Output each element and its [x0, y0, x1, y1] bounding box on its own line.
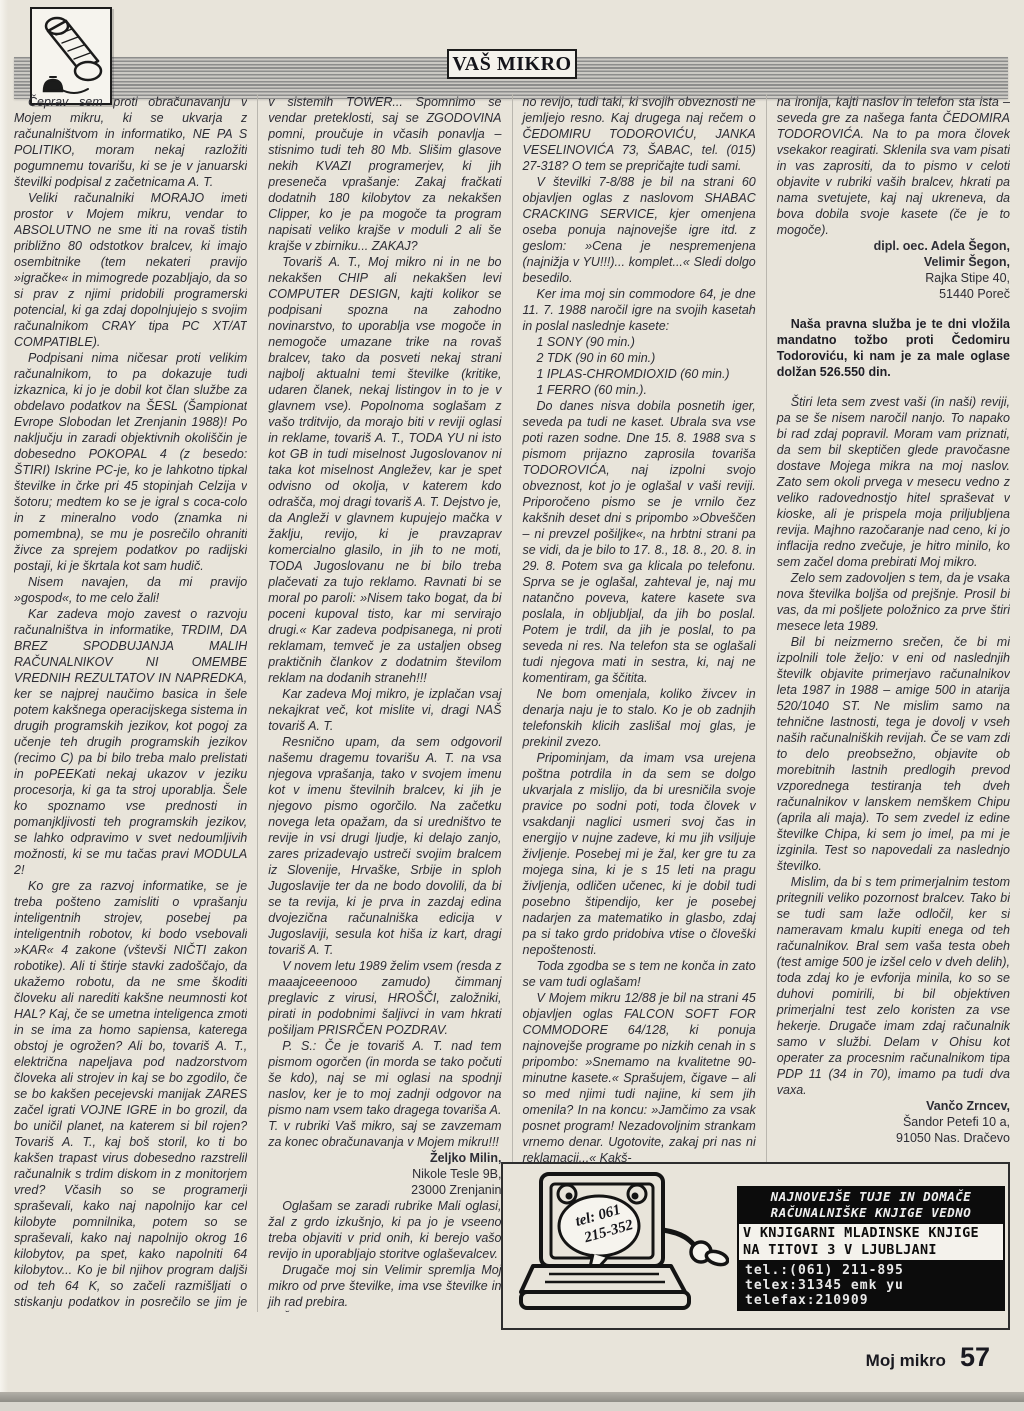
section-title: VAŠ MIKRO — [452, 53, 571, 76]
paragraph: Veliki računalniki MORAJO imeti prostor … — [14, 190, 247, 350]
paragraph: 1 IPLAS-CHROMDIOXID (60 min.) — [523, 366, 756, 382]
paragraph: Kar zadeva Moj mikro, je izplačan vsaj n… — [268, 686, 501, 734]
paragraph: Tovariš A. T., Moj mikro ni in ne bo nek… — [268, 254, 501, 686]
paragraph: Do danes nisva dobila posnetih iger, sev… — [523, 398, 756, 686]
ad-middle-line: V KNJIGARNI MLADINSKE KNJIGE — [743, 1225, 999, 1242]
paragraph: no revijo, tudi taki, ki svojih obveznos… — [523, 94, 756, 174]
magazine-page: VAŠ MIKRO Čeprav sem proti obračunavanju… — [0, 0, 1024, 1411]
paragraph: Ko gre za razvoj informatike, se je treb… — [14, 878, 247, 1312]
paragraph: 2 TDK (90 in 60 min.) — [523, 350, 756, 366]
paragraph: Štiri leta sem zvest vaši (in naši) revi… — [777, 394, 1010, 570]
paragraph: Vančo Zrncev, — [777, 1098, 1010, 1114]
paragraph: na ironija, kajti naslov in telefon sta … — [777, 94, 1010, 238]
paragraph: V številki 7-8/88 je bil na strani 60 ob… — [523, 174, 756, 286]
paragraph: Podpisani nima ničesar proti velikim rač… — [14, 350, 247, 574]
ad-header-lines: NAJNOVEJŠE TUJE IN DOMAČERAČUNALNIŠKE KN… — [737, 1189, 1005, 1221]
ad-header-line: NAJNOVEJŠE TUJE IN DOMAČE — [737, 1189, 1005, 1205]
paragraph: Žalostno je, da so med tistimi, ki pošil… — [268, 1310, 501, 1312]
paragraph: Ne bom omenjala, koliko živcev in denarj… — [523, 686, 756, 750]
paragraph: Nisem navajen, da mi pravijo »gospod«, t… — [14, 574, 247, 606]
page-edge-lip — [0, 1402, 1024, 1411]
paragraph: Toda zgodba se s tem ne konča in zato se… — [523, 958, 756, 990]
ad-text-panel: NAJNOVEJŠE TUJE IN DOMAČERAČUNALNIŠKE KN… — [737, 1186, 1005, 1311]
paragraph: 1 FERRO (60 min.). — [523, 382, 756, 398]
paragraph: Rajka Stipe 40, — [777, 270, 1010, 286]
paragraph: V novem letu 1989 želim vsem (resda z ma… — [268, 958, 501, 1038]
paragraph: Bil bi neizmerno srečen, če bi mi izpoln… — [777, 634, 1010, 874]
paragraph: Velimir Šegon, — [777, 254, 1010, 270]
scan-edge — [0, 0, 8, 1411]
page-footer: Moj mikro 57 — [866, 1342, 990, 1373]
paragraph: Zelo sem zadovoljen s tem, da je vsaka n… — [777, 570, 1010, 634]
page-number: 57 — [960, 1342, 990, 1373]
scroll-quill-icon — [36, 13, 106, 99]
paragraph: Željko Milin, — [268, 1150, 501, 1166]
paragraph: dipl. oec. Adela Šegon, — [777, 238, 1010, 254]
ad-contact-line: tel.:(061) 211-895 — [737, 1263, 1005, 1278]
page-edge-shadow — [0, 1392, 1024, 1402]
paragraph: P. S.: Če je tovariš A. T. nad tem pismo… — [268, 1038, 501, 1150]
letters-rubric-logo — [30, 7, 112, 105]
section-title-box: VAŠ MIKRO — [447, 49, 577, 79]
text-column-4: na ironija, kajti naslov in telefon sta … — [766, 94, 1010, 1312]
text-column-2: v sistemih TOWER... Spomnimo se vendar p… — [257, 94, 501, 1312]
ad-header-line: RAČUNALNIŠKE KNJIGE VEDNO — [737, 1205, 1005, 1221]
paragraph: Nikole Tesle 9B, — [268, 1166, 501, 1182]
text-column-3: no revijo, tudi taki, ki svojih obveznos… — [512, 94, 756, 1312]
paragraph: Naša pravna služba je te dni vložila man… — [777, 316, 1010, 380]
ad-contact-lines: tel.:(061) 211-895telex:31345 emk yutele… — [737, 1263, 1005, 1308]
paragraph: Pripominjam, da imam vsa urejena poštna … — [523, 750, 756, 958]
ad-middle-line: NA TITOVI 3 V LJUBLJANI — [743, 1242, 999, 1259]
ad-contact-line: telex:31345 emk yu — [737, 1278, 1005, 1293]
paragraph: Oglašam se zaradi rubrike Mali oglasi, ž… — [268, 1198, 501, 1262]
paragraph: 23000 Zrenjanin — [268, 1182, 501, 1198]
ad-contact-line: telefax:210909 — [737, 1293, 1005, 1308]
paragraph: Čeprav sem proti obračunavanju v Mojem m… — [14, 94, 247, 190]
paragraph: 51440 Poreč — [777, 286, 1010, 302]
computer-cartoon-icon: tel: 061 215-352 — [519, 1168, 729, 1326]
paragraph: Kar zadeva mojo zavest o razvoju računal… — [14, 606, 247, 878]
paragraph: V Mojem mikru 12/88 je bil na strani 45 … — [523, 990, 756, 1166]
paragraph: Mislim, da bi s tem primerjalnim testom … — [777, 874, 1010, 1098]
letters-columns: Čeprav sem proti obračunavanju v Mojem m… — [14, 94, 1010, 1312]
bookstore-ad: tel: 061 215-352 NAJNOVEJŠE TUJE IN DOMA… — [501, 1162, 1010, 1330]
paragraph: Šandor Petefi 10 a, — [777, 1114, 1010, 1130]
magazine-name: Moj mikro — [866, 1351, 946, 1371]
paragraph: 91050 Nas. Dračevo — [777, 1130, 1010, 1146]
ad-middle-lines: V KNJIGARNI MLADINSKE KNJIGENA TITOVI 3 … — [739, 1224, 1003, 1260]
paragraph: v sistemih TOWER... Spomnimo se vendar p… — [268, 94, 501, 254]
paragraph: 1 SONY (90 min.) — [523, 334, 756, 350]
paragraph: Ker ima moj sin commodore 64, je dne 11.… — [523, 286, 756, 334]
paragraph: Drugače moj sin Velimir spremlja Moj mik… — [268, 1262, 501, 1310]
paragraph: Resnično upam, da sem odgovoril našemu d… — [268, 734, 501, 958]
text-column-1: Čeprav sem proti obračunavanju v Mojem m… — [14, 94, 247, 1312]
